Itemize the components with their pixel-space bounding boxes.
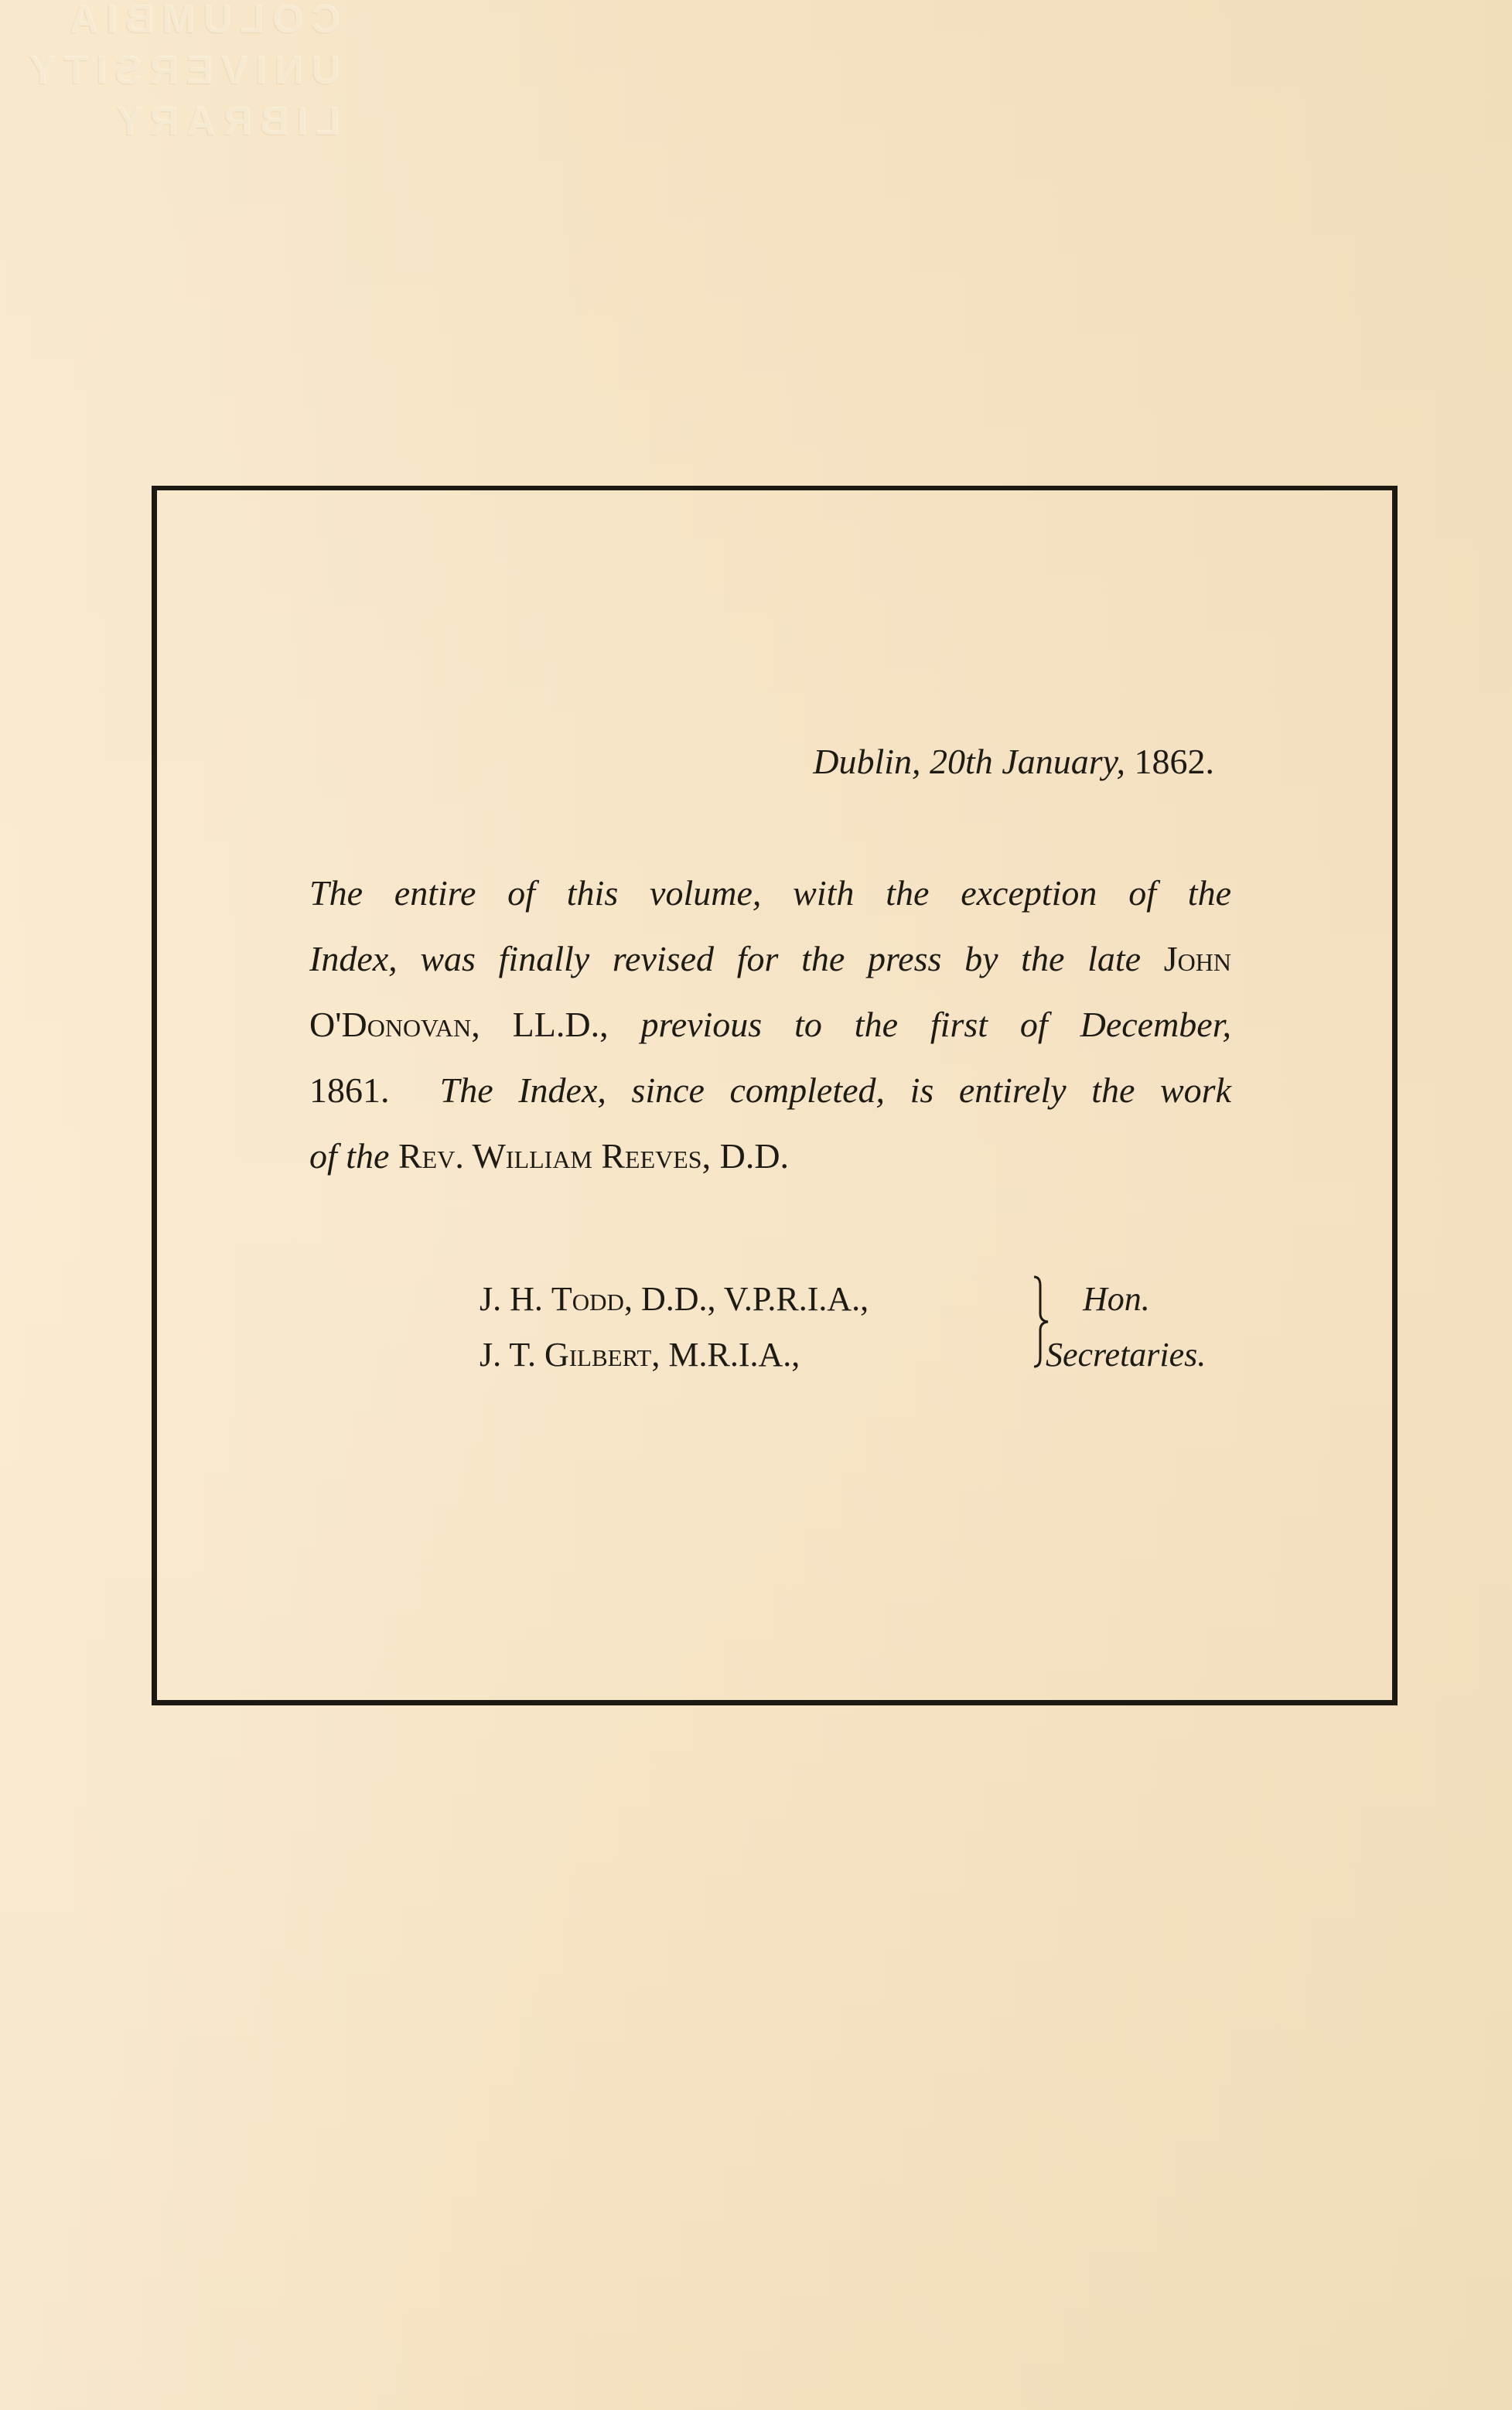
paragraph-text: The Index, since completed, is entirely … [440,1070,1231,1110]
signatories: J. H. Todd, D.D., V.P.R.I.A., J. T. Gilb… [480,1272,869,1383]
dateline: Dublin, 20th January, 1862. [813,739,1214,785]
signatory-credentials: , M.R.I.A., [651,1336,800,1374]
signatory-surname: Gilbert [544,1336,651,1374]
paragraph-line-2: Index, was finally revised for the press… [309,926,1231,992]
paragraph-text: of the [309,1136,389,1176]
signatory-credentials: , D.D., V.P.R.I.A., [624,1280,869,1318]
paragraph-line-5: of the Rev. William Reeves, D.D. [309,1123,1231,1189]
signatory-initials: J. T. [480,1336,536,1374]
index-author-credentials: , D.D. [702,1136,789,1176]
paragraph-text: previous to the first of December, [641,1005,1232,1044]
author-name: O'Donovan [309,1005,471,1044]
paragraph-text: Index, was finally revised for the press… [309,939,1141,978]
stamp-line: UNIVERSITY [22,45,340,96]
title-secretaries: Secretaries. [1046,1327,1206,1383]
notice-paragraph: The entire of this volume, with the exce… [309,860,1231,1189]
signatory-surname: Todd [551,1280,624,1318]
stamp-line: LIBRARY [22,96,340,147]
paragraph-year: 1861. [309,1070,390,1110]
paragraph-line-3: O'Donovan, LL.D., previous to the first … [309,992,1231,1057]
signatory-gilbert: J. T. Gilbert, M.R.I.A., [480,1327,869,1383]
index-author-name: Rev. William Reeves [398,1136,702,1176]
author-credentials: , LL.D., [471,1005,608,1044]
title-hon: Hon. [1083,1272,1150,1327]
signatory-todd: J. H. Todd, D.D., V.P.R.I.A., [480,1272,869,1327]
paragraph-line-1: The entire of this volume, with the exce… [309,860,1231,926]
date-day: 20th January, [930,742,1125,781]
stamp-line: COLUMBIA [22,0,340,45]
library-stamp-showthrough: COLUMBIA UNIVERSITY LIBRARY [22,0,340,147]
date-place: Dublin, [813,742,920,781]
date-year: 1862. [1135,742,1215,781]
author-name: John [1164,939,1231,978]
signatory-initials: J. H. [480,1280,543,1318]
paragraph-line-4: 1861. The Index, since completed, is ent… [309,1057,1231,1123]
